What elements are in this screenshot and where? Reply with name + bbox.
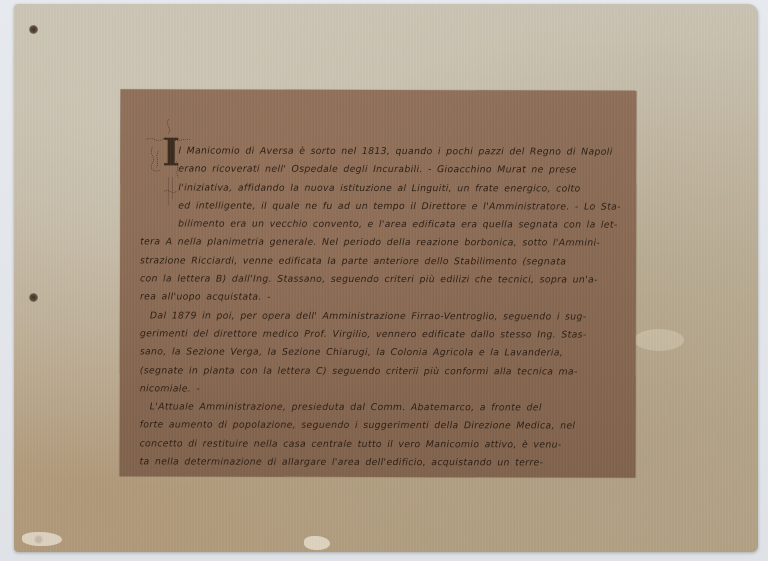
- text-line: concetto di restituire nella casa centra…: [140, 435, 628, 455]
- text-line: ed intelligente, il quale ne fu ad un te…: [140, 197, 628, 217]
- text-line: forte aumento di popolazione, seguendo i…: [140, 417, 628, 437]
- mount-board: I l Manicomio di Aversa è sorto nel 1813…: [14, 4, 758, 552]
- text-line: l'iniziativa, affidando la nuova istituz…: [140, 179, 628, 199]
- pin-hole-top-left: [29, 25, 38, 34]
- photo-scene: I l Manicomio di Aversa è sorto nel 1813…: [0, 0, 768, 561]
- pin-hole-left-middle: [29, 293, 38, 302]
- manuscript-panel: I l Manicomio di Aversa è sorto nel 1813…: [119, 89, 636, 477]
- text-line: l Manicomio di Aversa è sorto nel 1813, …: [140, 142, 628, 162]
- text-line: Dal 1879 in poi, per opera dell' Amminis…: [140, 307, 628, 327]
- text-line: rea all'uopo acquistata. -: [140, 289, 628, 309]
- text-line: erano ricoverati nell' Ospedale degli In…: [140, 161, 628, 181]
- text-line: tera A nella planimetria generale. Nel p…: [140, 234, 628, 254]
- text-line: (segnate in pianta con la lettera C) seg…: [140, 362, 628, 382]
- text-line: sano, la Sezione Verga, la Sezione Chiar…: [140, 344, 628, 364]
- text-line: strazione Ricciardi, venne edificata la …: [140, 252, 628, 272]
- manuscript-text: l Manicomio di Aversa è sorto nel 1813, …: [140, 142, 629, 473]
- text-line: bilimento era un vecchio convento, e l'a…: [140, 216, 628, 236]
- torn-corner-bottom-left: [22, 532, 62, 546]
- text-line: nicomiale. -: [140, 380, 628, 400]
- abrasion-mark: [634, 329, 684, 351]
- text-line: L'Attuale Amministrazione, presieduta da…: [140, 399, 628, 419]
- torn-edge-bottom: [304, 536, 330, 550]
- text-line: con la lettera B) dall'Ing. Stassano, se…: [140, 270, 628, 290]
- text-line: ta nella determinazione di allargare l'a…: [140, 453, 628, 473]
- text-line: gerimenti del direttore medico Prof. Vir…: [140, 325, 628, 345]
